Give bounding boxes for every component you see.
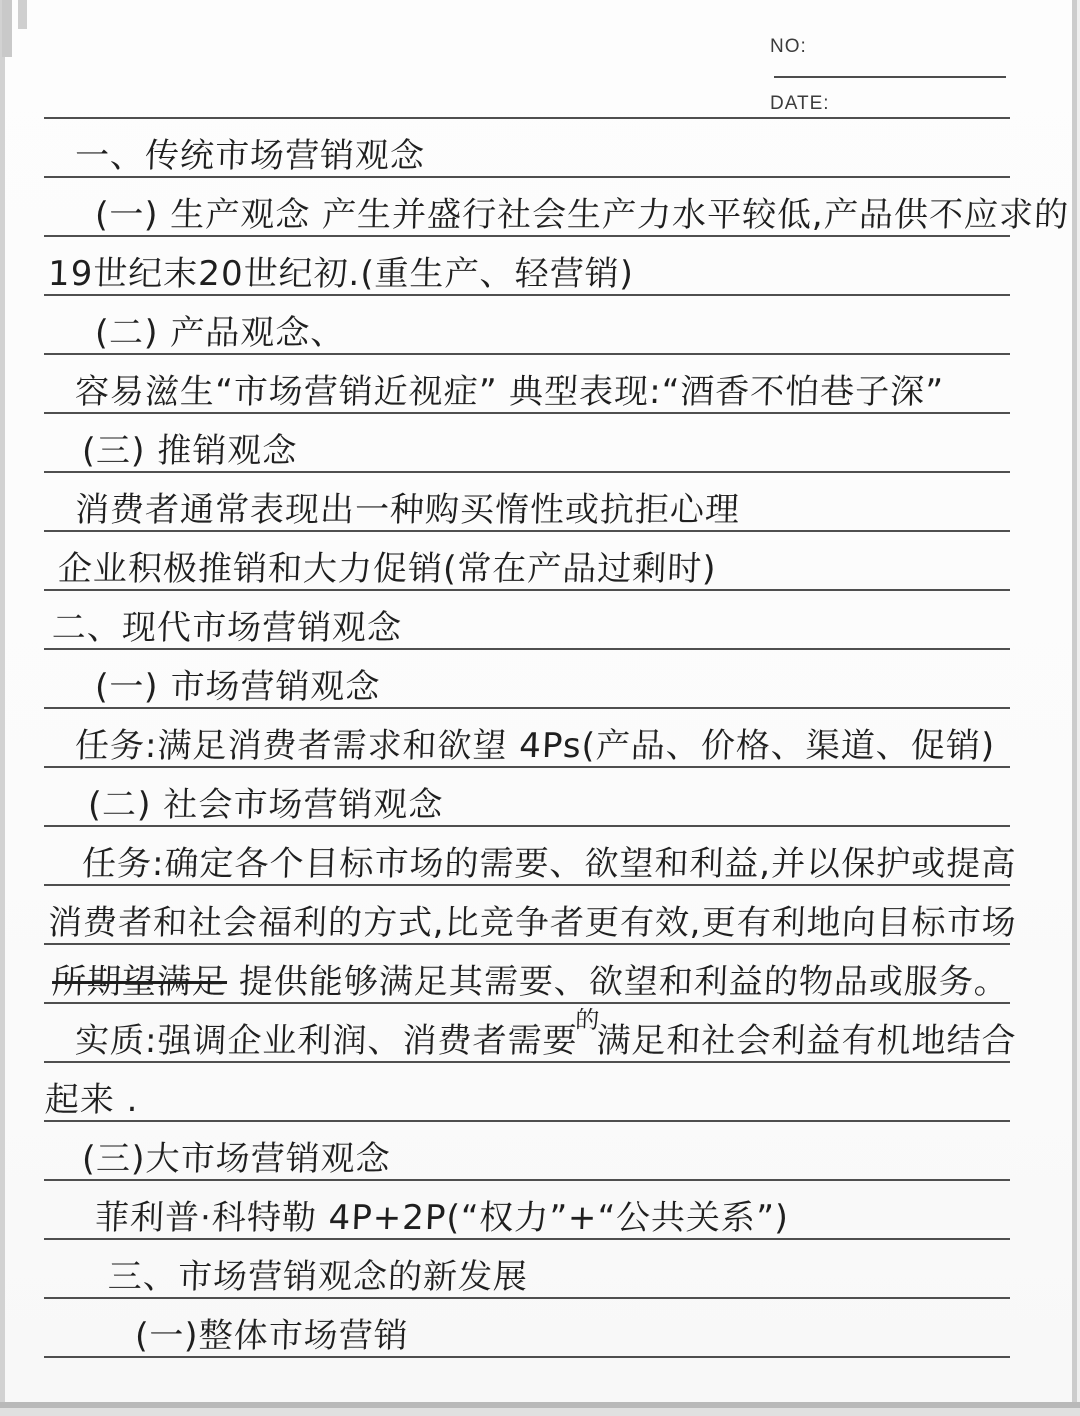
text-segment: 任务:确定各个目标市场的需要、欲望和利益,并以保护或提高 xyxy=(81,844,1017,884)
handwritten-text: 菲利普·科特勒 4P+2P(“权力”+“公共关系”) xyxy=(94,1201,789,1238)
note-line: (二) 产品观念、 xyxy=(44,296,1010,355)
text-segment: 提供能够满足其需要、欲望和利益的物品或服务。 xyxy=(226,962,1009,1002)
handwritten-text: (三) 推销观念 xyxy=(81,434,298,471)
note-line: 三、市场营销观念的新发展 xyxy=(44,1240,1010,1299)
text-segment: 消费者通常表现出一种购买惰性或抗拒心理 xyxy=(74,490,740,530)
no-underline xyxy=(774,76,1006,78)
date-label: DATE: xyxy=(770,93,830,115)
text-segment: (三) 推销观念 xyxy=(81,431,298,471)
text-segment: 起来 . xyxy=(44,1080,139,1120)
text-segment: 满足和社会利益有机地结合 xyxy=(596,1021,1017,1061)
handwritten-text: (一)整体市场营销 xyxy=(134,1319,409,1356)
note-line: (三) 推销观念 xyxy=(44,414,1010,473)
photo-edge-left xyxy=(0,0,5,1416)
handwritten-text: (一) 市场营销观念 xyxy=(94,670,381,707)
note-line: 消费者和社会福利的方式,比竞争者更有效,更有利地向目标市场 xyxy=(44,886,1010,945)
note-line: (三)大市场营销观念 xyxy=(44,1122,1010,1181)
note-line: 企业积极推销和大力促销(常在产品过剩时) xyxy=(44,532,1010,591)
handwritten-text: 19世纪末20世纪初.(重生产、轻营销) xyxy=(47,257,634,294)
handwritten-text: (三)大市场营销观念 xyxy=(81,1142,391,1179)
handwritten-text: 任务:满足消费者需求和欲望 4Ps(产品、价格、渠道、促销) xyxy=(74,729,995,766)
note-line: 所期望满足 提供能够满足其需要、欲望和利益的物品或服务。 xyxy=(44,945,1010,1004)
note-line: 实质:强调企业利润、消费者需要的满足和社会利益有机地结合 xyxy=(44,1004,1010,1063)
handwritten-text: (二) 社会市场营销观念 xyxy=(87,788,444,825)
text-segment: 19世纪末20世纪初.(重生产、轻营销) xyxy=(47,254,634,294)
handwritten-text: 消费者和社会福利的方式,比竞争者更有效,更有利地向目标市场 xyxy=(47,906,1017,943)
text-segment: (二) 社会市场营销观念 xyxy=(87,785,444,825)
crossed-out-text: 所期望满足 xyxy=(51,962,227,1002)
note-line: (一)整体市场营销 xyxy=(44,1299,1010,1358)
note-line: 消费者通常表现出一种购买惰性或抗拒心理 xyxy=(44,473,1010,532)
notebook-page: NO: DATE: 一、传统市场营销观念(一) 生产观念 产生并盛行社会生产力水… xyxy=(0,0,1080,1416)
text-segment: 消费者和社会福利的方式,比竞争者更有效,更有利地向目标市场 xyxy=(47,903,1017,943)
photo-corner-artifact xyxy=(2,0,12,57)
handwritten-text: 二、现代市场营销观念 xyxy=(51,611,402,648)
photo-edge-bottom-light xyxy=(0,1408,1080,1416)
note-line: 二、现代市场营销观念 xyxy=(44,591,1010,650)
text-segment: 企业积极推销和大力促销(常在产品过剩时) xyxy=(57,549,717,589)
note-line: (一) 生产观念 产生并盛行社会生产力水平较低,产品供不应求的 xyxy=(44,178,1010,237)
no-label: NO: xyxy=(770,36,807,58)
text-segment: 任务:满足消费者需求和欲望 4Ps(产品、价格、渠道、促销) xyxy=(74,726,995,766)
text-segment: (一) 生产观念 产生并盛行社会生产力水平较低,产品供不应求的 xyxy=(94,195,1069,235)
inserted-character: 的 xyxy=(575,1008,601,1032)
note-line: 菲利普·科特勒 4P+2P(“权力”+“公共关系”) xyxy=(44,1181,1010,1240)
handwritten-text: (一) 生产观念 产生并盛行社会生产力水平较低,产品供不应求的 xyxy=(94,198,1069,235)
text-segment: 容易滋生“市场营销近视症” 典型表现:“酒香不怕巷子深” xyxy=(74,372,944,412)
handwritten-text: 消费者通常表现出一种购买惰性或抗拒心理 xyxy=(74,493,740,530)
handwritten-text: 容易滋生“市场营销近视症” 典型表现:“酒香不怕巷子深” xyxy=(74,375,944,412)
handwritten-text: 三、市场营销观念的新发展 xyxy=(107,1260,528,1297)
text-segment: 实质:强调企业利润、消费者需要 xyxy=(74,1021,578,1061)
note-line: 容易滋生“市场营销近视症” 典型表现:“酒香不怕巷子深” xyxy=(44,355,1010,414)
handwritten-text: 起来 . xyxy=(44,1083,139,1120)
handwritten-text: 所期望满足 提供能够满足其需要、欲望和利益的物品或服务。 xyxy=(51,965,1009,1002)
handwritten-text: 企业积极推销和大力促销(常在产品过剩时) xyxy=(57,552,717,589)
note-line: 19世纪末20世纪初.(重生产、轻营销) xyxy=(44,237,1010,296)
note-line: (一) 市场营销观念 xyxy=(44,650,1010,709)
text-segment: (二) 产品观念、 xyxy=(94,313,346,353)
note-line: 任务:确定各个目标市场的需要、欲望和利益,并以保护或提高 xyxy=(44,827,1010,886)
text-segment: 二、现代市场营销观念 xyxy=(51,608,402,648)
text-segment: 三、市场营销观念的新发展 xyxy=(107,1257,528,1297)
text-segment: (一) 市场营销观念 xyxy=(94,667,381,707)
handwritten-notes-area: 一、传统市场营销观念(一) 生产观念 产生并盛行社会生产力水平较低,产品供不应求… xyxy=(44,117,1010,1358)
handwritten-text: 一、传统市场营销观念 xyxy=(74,139,425,176)
note-line: 一、传统市场营销观念 xyxy=(44,119,1010,178)
handwritten-text: 任务:确定各个目标市场的需要、欲望和利益,并以保护或提高 xyxy=(81,847,1017,884)
note-line: 起来 . xyxy=(44,1063,1010,1122)
note-line: (二) 社会市场营销观念 xyxy=(44,768,1010,827)
text-segment: 一、传统市场营销观念 xyxy=(74,136,425,176)
handwritten-text: (二) 产品观念、 xyxy=(94,316,346,353)
text-segment: (一)整体市场营销 xyxy=(134,1316,409,1356)
text-segment: (三)大市场营销观念 xyxy=(81,1139,391,1179)
text-segment: 菲利普·科特勒 4P+2P(“权力”+“公共关系”) xyxy=(94,1198,789,1238)
photo-corner-artifact xyxy=(18,0,27,29)
note-line: 任务:满足消费者需求和欲望 4Ps(产品、价格、渠道、促销) xyxy=(44,709,1010,768)
handwritten-text: 实质:强调企业利润、消费者需要的满足和社会利益有机地结合 xyxy=(74,1024,1017,1061)
